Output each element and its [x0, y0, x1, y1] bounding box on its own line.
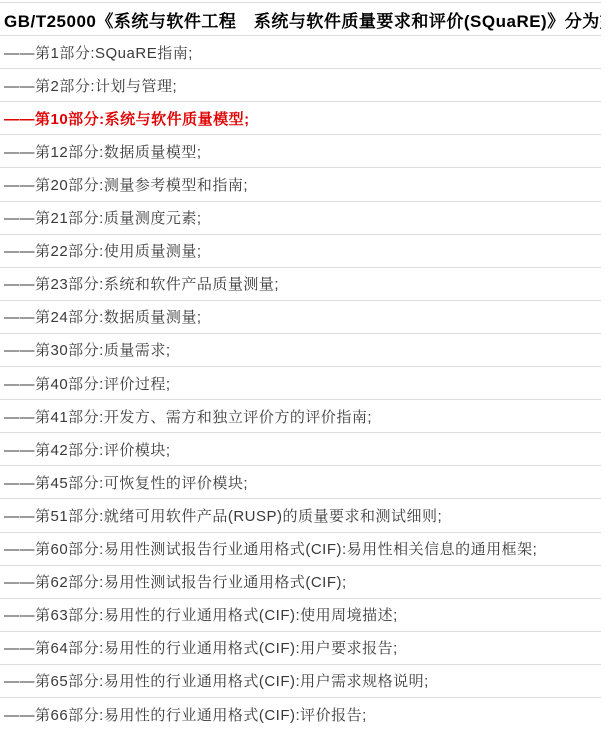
part-text: ——第66部分:易用性的行业通用格式(CIF):评价报告; [4, 704, 367, 725]
part-list-item: ——第45部分:可恢复性的评价模块; [0, 465, 601, 498]
part-text: ——第41部分:开发方、需方和独立评价方的评价指南; [4, 406, 372, 427]
part-text: ——第1部分:SQuaRE指南; [4, 42, 193, 63]
part-list-item: ——第10部分:系统与软件质量模型; [0, 101, 601, 134]
part-text: ——第65部分:易用性的行业通用格式(CIF):用户需求规格说明; [4, 670, 429, 691]
part-list-item: ——第21部分:质量测度元素; [0, 201, 601, 234]
part-list-item: ——第40部分:评价过程; [0, 366, 601, 399]
part-text: ——第2部分:计划与管理; [4, 75, 177, 96]
part-list-item: ——第12部分:数据质量模型; [0, 134, 601, 167]
part-text: ——第64部分:易用性的行业通用格式(CIF):用户要求报告; [4, 637, 398, 658]
part-text: ——第51部分:就绪可用软件产品(RUSP)的质量要求和测试细则; [4, 505, 442, 526]
part-list-item: ——第51部分:就绪可用软件产品(RUSP)的质量要求和测试细则; [0, 498, 601, 531]
part-text: ——第20部分:测量参考模型和指南; [4, 174, 248, 195]
part-list-item: ——第65部分:易用性的行业通用格式(CIF):用户需求规格说明; [0, 664, 601, 697]
part-text: ——第40部分:评价过程; [4, 373, 171, 394]
part-list-item: ——第64部分:易用性的行业通用格式(CIF):用户要求报告; [0, 631, 601, 664]
part-text: ——第62部分:易用性测试报告行业通用格式(CIF); [4, 571, 347, 592]
parts-list: ——第1部分:SQuaRE指南; ——第2部分:计划与管理; ——第10部分:系… [0, 35, 601, 730]
part-list-item: ——第63部分:易用性的行业通用格式(CIF):使用周境描述; [0, 598, 601, 631]
part-text: ——第60部分:易用性测试报告行业通用格式(CIF):易用性相关信息的通用框架; [4, 538, 537, 559]
part-list-item: ——第22部分:使用质量测量; [0, 234, 601, 267]
part-list-item: ——第2部分:计划与管理; [0, 68, 601, 101]
part-list-item: ——第42部分:评价模块; [0, 432, 601, 465]
part-text: ——第45部分:可恢复性的评价模块; [4, 472, 248, 493]
part-list-item: ——第41部分:开发方、需方和独立评价方的评价指南; [0, 399, 601, 432]
standard-parts-document: GB/T25000《系统与软件工程 系统与软件质量要求和评价(SQuaRE)》分… [0, 2, 601, 730]
part-list-item: ——第24部分:数据质量测量; [0, 300, 601, 333]
part-list-item: ——第60部分:易用性测试报告行业通用格式(CIF):易用性相关信息的通用框架; [0, 532, 601, 565]
document-title: GB/T25000《系统与软件工程 系统与软件质量要求和评价(SQuaRE)》分… [0, 2, 601, 35]
part-list-item: ——第20部分:测量参考模型和指南; [0, 167, 601, 200]
part-list-item: ——第66部分:易用性的行业通用格式(CIF):评价报告; [0, 697, 601, 730]
part-text: ——第21部分:质量测度元素; [4, 207, 202, 228]
part-text: ——第24部分:数据质量测量; [4, 306, 202, 327]
part-text: ——第30部分:质量需求; [4, 339, 171, 360]
part-text: ——第22部分:使用质量测量; [4, 240, 202, 261]
part-list-item: ——第62部分:易用性测试报告行业通用格式(CIF); [0, 565, 601, 598]
part-text: ——第12部分:数据质量模型; [4, 141, 202, 162]
part-text: ——第10部分:系统与软件质量模型; [4, 108, 250, 129]
part-text: ——第42部分:评价模块; [4, 439, 171, 460]
part-list-item: ——第30部分:质量需求; [0, 333, 601, 366]
part-list-item: ——第23部分:系统和软件产品质量测量; [0, 267, 601, 300]
part-text: ——第63部分:易用性的行业通用格式(CIF):使用周境描述; [4, 604, 398, 625]
part-list-item: ——第1部分:SQuaRE指南; [0, 35, 601, 68]
part-text: ——第23部分:系统和软件产品质量测量; [4, 273, 279, 294]
